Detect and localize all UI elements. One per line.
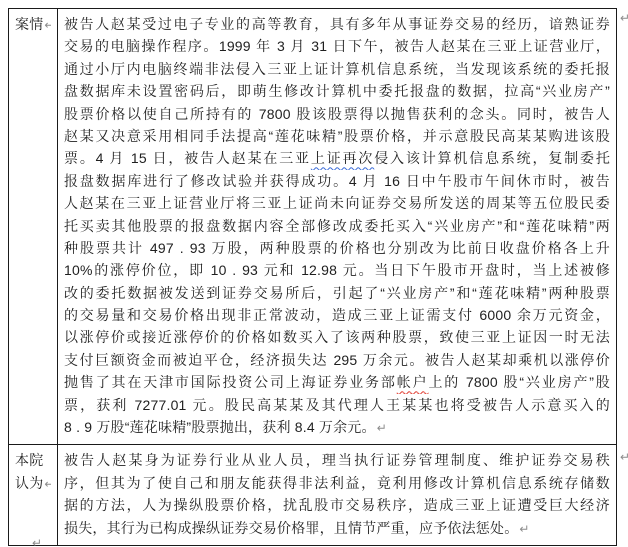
text-line: 案情↵ xyxy=(15,13,51,35)
row-end-mark: ↵ xyxy=(620,11,628,25)
text-line: 被告人赵某受过电子专业的高等教育，具有多年从事证券交易的经历，谙熟证券 xyxy=(64,13,610,35)
text-segment: 支付巨额资金而被迫平仓，经济损失达 295 万余元。被告人赵某却乘机以涨停价 xyxy=(64,352,610,368)
text-segment: 上的 7800 股“兴业房产”股 xyxy=(428,374,610,390)
case-table: 案情↵ 被告人赵某受过电子专业的高等教育，具有多年从事证券交易的经历，谙熟证券交… xyxy=(8,8,617,546)
text-segment: 托买卖其他股票的报盘数据内容全部修改成委托买入“兴业房产”和“莲花味精”两 xyxy=(64,218,610,234)
text-segment: 被告人赵某身为证券行业从业人员，理当执行证券管理制度、维护证券交易秩 xyxy=(64,452,610,468)
text-line: 被告人赵某身为证券行业从业人员，理当执行证券管理制度、维护证券交易秩 xyxy=(64,449,610,471)
text-line: 盘数据库未设置密码后，即萌生修改计算机中委托报盘的数据，拉高“兴业房产” xyxy=(64,80,610,102)
text-segment: 票。4 月 15 日，被告人赵某在三亚 xyxy=(64,150,311,166)
text-line: 交易的电脑操作程序。1999 年 3 月 31 日下午，被告人赵某在三亚上证营业… xyxy=(64,35,610,57)
text-segment: 据的方法，人为操纵股票价格，扰乱股市交易秩序，造成三亚上证遭受巨大经济 xyxy=(64,497,610,513)
text-segment: 盘数据库未设置密码后，即萌生修改计算机中委托报盘的数据，拉高“兴业房产” xyxy=(64,83,610,99)
text-line: 票。4 月 15 日，被告人赵某在三亚上证再次侵入该计算机信息系统，复制委托 xyxy=(64,147,610,169)
text-line: 股票价格以使自己所持有的 7800 股该股票得以抛售获利的念头。同时，被告人 xyxy=(64,103,610,125)
text-line: 8 . 9 万股“莲花味精”股票抛出，获利 8.4 万余元。↵ xyxy=(64,416,610,438)
paragraph-mark: ↵ xyxy=(376,421,387,435)
row-end-mark: ↵ xyxy=(620,450,628,464)
text-segment: 通过小厅内电脑终端非法侵入三亚上证计算机信息系统，当发现该系统的委托报 xyxy=(64,61,610,77)
text-segment: 人赵某在三亚上证营业厅将三亚上证尚未向证券交易所发送的周某等五位股民委 xyxy=(64,195,610,211)
text-line: 认为↵ xyxy=(15,472,51,494)
spelling-error-underline: 帐户 xyxy=(397,374,429,390)
paragraph-mark: ↵ xyxy=(43,477,51,491)
text-line: 10%的涨停价位，即 10 . 93 元和 12.98 元。当日下午股市开盘时，… xyxy=(64,259,610,281)
text-segment: 以涨停价或接近涨停价的价格如数买入了该两种股票，致使三亚上证因一时无法 xyxy=(64,329,610,345)
text-segment: 票，获利 7277.01 元。股民高某某及其代理人王某某也将受被告人示意买入的 xyxy=(64,397,610,413)
text-segment: 认为 xyxy=(15,475,43,491)
text-line: 种股票共计 497 . 93 万股，两种股票的价格也分别改为比前日收盘价格各上升 xyxy=(64,237,610,259)
text-line: 序，但其为了使自己和朋友能获得非法利益，竟利用修改计算机信息系统存储数 xyxy=(64,472,610,494)
text-segment: 交易的电脑操作程序。1999 年 3 月 31 日下午，被告人赵某在三亚上证营业… xyxy=(64,38,610,54)
paragraph-mark: ↵ xyxy=(518,522,529,536)
text-segment: 案情 xyxy=(15,16,43,32)
text-segment: 的交易量和交易价格出现非正常波动，造成三亚上证需支付 6000 余万元资金， xyxy=(64,307,610,323)
table-row-court-opinion: 本院认为↵ 被告人赵某身为证券行业从业人员，理当执行证券管理制度、维护证券交易秩… xyxy=(9,445,617,546)
text-line: 据的方法，人为操纵股票价格，扰乱股市交易秩序，造成三亚上证遭受巨大经济 xyxy=(64,494,610,516)
text-segment: 损失，其行为已构成操纵证券交易价格罪，且情节严重，应予依法惩处。 xyxy=(64,520,518,536)
document-page: 案情↵ 被告人赵某受过电子专业的高等教育，具有多年从事证券交易的经历，谙熟证券交… xyxy=(0,0,628,547)
text-segment: 8 . 9 万股“莲花味精”股票抛出，获利 8.4 万余元。 xyxy=(64,419,376,435)
text-line: 票，获利 7277.01 元。股民高某某及其代理人王某某也将受被告人示意买入的 xyxy=(64,394,610,416)
text-line: 以涨停价或接近涨停价的价格如数买入了该两种股票，致使三亚上证因一时无法 xyxy=(64,326,610,348)
text-segment: 侵入该计算机信息系统，复制委托 xyxy=(374,150,610,166)
text-segment: 被告人赵某受过电子专业的高等教育，具有多年从事证券交易的经历，谙熟证券 xyxy=(64,16,610,32)
text-segment: 种股票共计 497 . 93 万股，两种股票的价格也分别改为比前日收盘价格各上升 xyxy=(64,240,610,256)
text-line: 的交易量和交易价格出现非正常波动，造成三亚上证需支付 6000 余万元资金， xyxy=(64,304,610,326)
text-line: 报盘数据库进行了修改试验并获得成功。4 月 16 日中午股市午间休市时，被告 xyxy=(64,170,610,192)
text-line: 支付巨额资金而被迫平仓，经济损失达 295 万余元。被告人赵某却乘机以涨停价 xyxy=(64,349,610,371)
text-segment: 股票价格以使自己所持有的 7800 股该股票得以抛售获利的念头。同时，被告人 xyxy=(64,106,610,122)
case-facts-text: 被告人赵某受过电子专业的高等教育，具有多年从事证券交易的经历，谙熟证券交易的电脑… xyxy=(58,9,617,445)
text-segment: 报盘数据库进行了修改试验并获得成功。4 月 16 日中午股市午间休市时，被告 xyxy=(64,173,610,189)
text-line: 损失，其行为已构成操纵证券交易价格罪，且情节严重，应予依法惩处。↵ xyxy=(64,517,610,539)
grammar-error-underline: 上证再次 xyxy=(311,150,374,166)
text-line: 托买卖其他股票的报盘数据内容全部修改成委托买入“兴业房产”和“莲花味精”两 xyxy=(64,215,610,237)
text-segment: 改的委托数据被发送到证券交易所后，引起了“兴业房产”和“莲花味精”两种股票 xyxy=(64,285,610,301)
text-line: 人赵某在三亚上证营业厅将三亚上证尚未向证券交易所发送的周某等五位股民委 xyxy=(64,192,610,214)
text-line: 改的委托数据被发送到证券交易所后，引起了“兴业房产”和“莲花味精”两种股票 xyxy=(64,282,610,304)
text-segment: 赵某又决意采用相同手法提高“莲花味精”股票价格，并示意股民高某某购进该股 xyxy=(64,128,610,144)
court-opinion-text: 被告人赵某身为证券行业从业人员，理当执行证券管理制度、维护证券交易秩序，但其为了… xyxy=(58,445,617,546)
text-segment: 序，但其为了使自己和朋友能获得非法利益，竟利用修改计算机信息系统存储数 xyxy=(64,475,610,491)
text-line: 抛售了其在天津市国际投资公司上海证券业务部帐户上的 7800 股“兴业房产”股 xyxy=(64,371,610,393)
row-label-case-facts: 案情↵ xyxy=(9,9,58,445)
table-row-case-facts: 案情↵ 被告人赵某受过电子专业的高等教育，具有多年从事证券交易的经历，谙熟证券交… xyxy=(9,9,617,445)
text-segment: 10%的涨停价位，即 10 . 93 元和 12.98 元。当日下午股市开盘时，… xyxy=(64,262,610,278)
text-segment: 本院 xyxy=(15,452,43,468)
row-label-court-opinion: 本院认为↵ xyxy=(9,445,58,546)
paragraph-mark: ↵ xyxy=(32,536,42,547)
text-line: 通过小厅内电脑终端非法侵入三亚上证计算机信息系统，当发现该系统的委托报 xyxy=(64,58,610,80)
text-line: 赵某又决意采用相同手法提高“莲花味精”股票价格，并示意股民高某某购进该股 xyxy=(64,125,610,147)
paragraph-mark: ↵ xyxy=(43,18,51,32)
text-line: 本院 xyxy=(15,449,51,471)
text-segment: 抛售了其在天津市国际投资公司上海证券业务部 xyxy=(64,374,397,390)
